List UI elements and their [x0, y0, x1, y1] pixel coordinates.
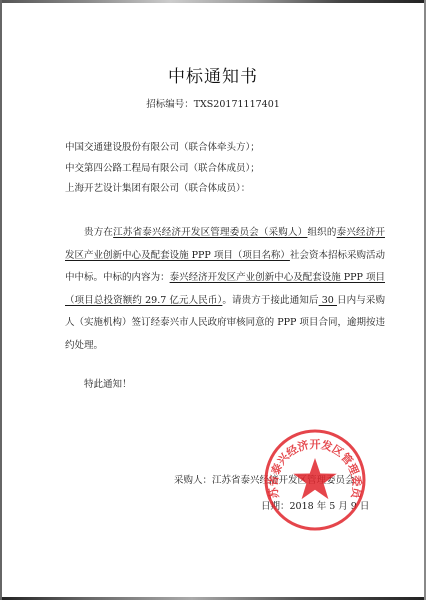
recipient-member-2: 上海开艺设计集团有限公司（联合体成员）： — [65, 179, 260, 200]
body-text-segment: 。请贵方于接此通知后 — [222, 295, 318, 306]
document-title: 中标通知书 — [0, 62, 426, 87]
purchaser-name: 江苏省泰兴经济开发区管理委员会（采购人） — [113, 227, 307, 238]
recipient-member-1: 中交第四公路工程局有限公司（联合体成员）； — [65, 159, 260, 180]
notice-body: 贵方在江苏省泰兴经济开发区管理委员会（采购人）组织的泰兴经济开发区产业创新中心及… — [65, 222, 385, 357]
recipients-list: 中国交通建设股份有限公司（联合体牵头方）； 中交第四公路工程局有限公司（联合体成… — [65, 138, 260, 200]
body-text-segment: 组织的 — [307, 227, 336, 238]
closing-line: 特此通知！ — [84, 376, 132, 390]
notice-paragraph: 贵方在江苏省泰兴经济开发区管理委员会（采购人）组织的泰兴经济开发区产业创新中心及… — [65, 222, 385, 357]
official-seal-stamp: 江苏省泰兴经济开发区管理委员会 — [263, 428, 367, 532]
bid-number-value: TXS20171117401 — [194, 99, 280, 110]
recipient-lead: 中国交通建设股份有限公司（联合体牵头方）； — [65, 138, 260, 159]
body-text-segment: 贵方在 — [84, 227, 113, 238]
bid-number-label: 招标编号： — [146, 99, 194, 110]
bid-number: 招标编号：TXS20171117401 — [0, 96, 426, 110]
scan-edge-left — [0, 0, 2, 600]
contract-days: 30 — [319, 295, 337, 306]
star-icon — [293, 458, 336, 499]
scan-edge-top — [0, 0, 426, 3]
